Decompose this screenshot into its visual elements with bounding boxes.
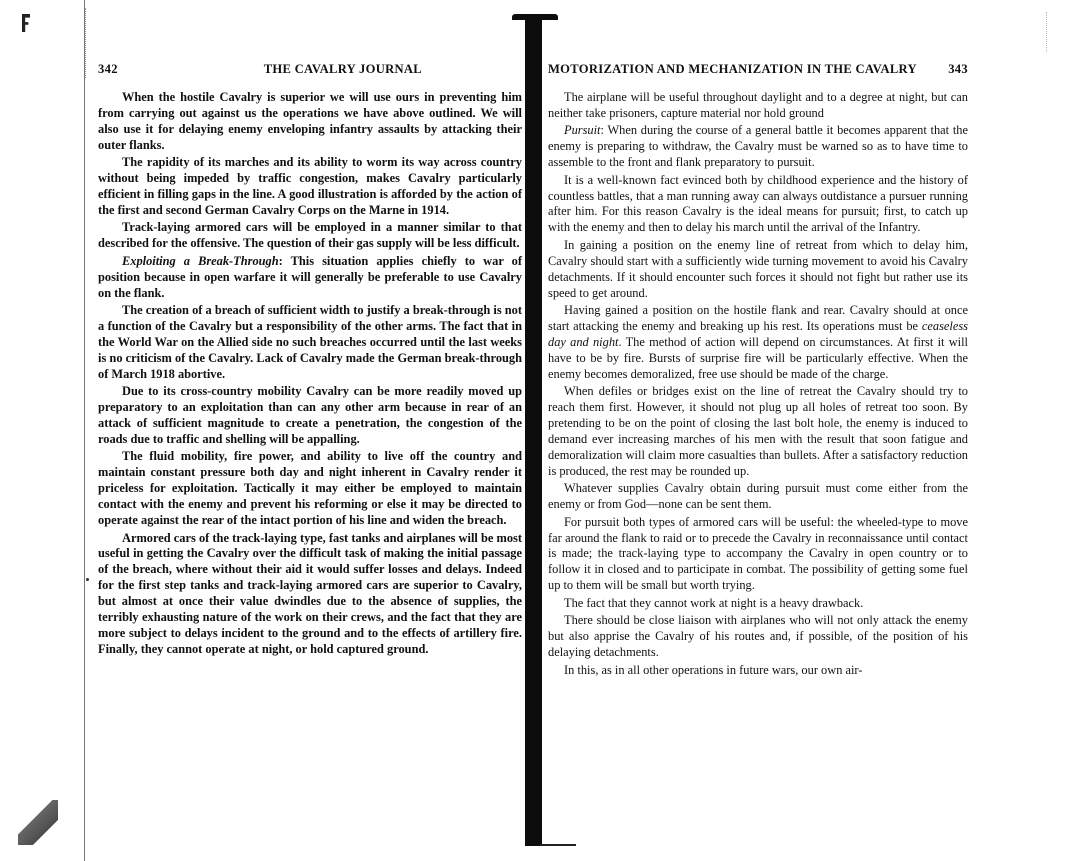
paragraph: Track-laying armored cars will be employ…: [98, 220, 522, 252]
right-page: MOTORIZATION AND MECHANIZATION IN THE CA…: [548, 62, 968, 680]
paragraph: Armored cars of the track-laying type, f…: [98, 531, 522, 658]
paragraph: There should be close liaison with airpl…: [548, 613, 968, 661]
paragraph: Exploiting a Break-Through: This situati…: [98, 254, 522, 302]
paragraph: For pursuit both types of armored cars w…: [548, 515, 968, 595]
paragraph: The rapidity of its marches and its abil…: [98, 155, 522, 219]
paragraph: In this, as in all other operations in f…: [548, 663, 968, 679]
paragraph: It is a well-known fact evinced both by …: [548, 173, 968, 237]
article-title: MOTORIZATION AND MECHANIZATION IN THE CA…: [548, 62, 917, 78]
paragraph: The creation of a breach of sufficient w…: [98, 303, 522, 383]
paragraph: The airplane will be useful throughout d…: [548, 90, 968, 122]
journal-title: THE CAVALRY JOURNAL: [264, 62, 422, 78]
paragraph: When defiles or bridges exist on the lin…: [548, 384, 968, 479]
scan-artifact: [18, 800, 58, 845]
paragraph: In gaining a position on the enemy line …: [548, 238, 968, 302]
page-number: 342: [98, 62, 118, 78]
scan-artifact: [22, 14, 30, 32]
section-heading: Pursuit: [564, 123, 601, 137]
book-spine: [540, 838, 576, 846]
page-edge-left: [84, 0, 85, 861]
paragraph: Having gained a position on the hostile …: [548, 303, 968, 383]
paragraph: The fact that they cannot work at night …: [548, 596, 968, 612]
scan-artifact: [86, 578, 89, 581]
page-number: 343: [948, 62, 968, 78]
paragraph: Due to its cross-country mobility Cavalr…: [98, 384, 522, 448]
book-spine: [525, 14, 542, 846]
paragraph: The fluid mobility, fire power, and abil…: [98, 449, 522, 529]
section-heading: Exploiting a Break-Through: [122, 254, 279, 268]
running-head: MOTORIZATION AND MECHANIZATION IN THE CA…: [548, 62, 968, 78]
left-page: 342 THE CAVALRY JOURNAL When the hostile…: [98, 62, 522, 659]
scan-artifact: [1046, 12, 1047, 52]
scan-artifact: [85, 8, 86, 78]
paragraph: When the hostile Cavalry is superior we …: [98, 90, 522, 154]
paragraph: Whatever supplies Cavalry obtain during …: [548, 481, 968, 513]
paragraph: Pursuit: When during the course of a gen…: [548, 123, 968, 171]
running-head: 342 THE CAVALRY JOURNAL: [98, 62, 522, 78]
